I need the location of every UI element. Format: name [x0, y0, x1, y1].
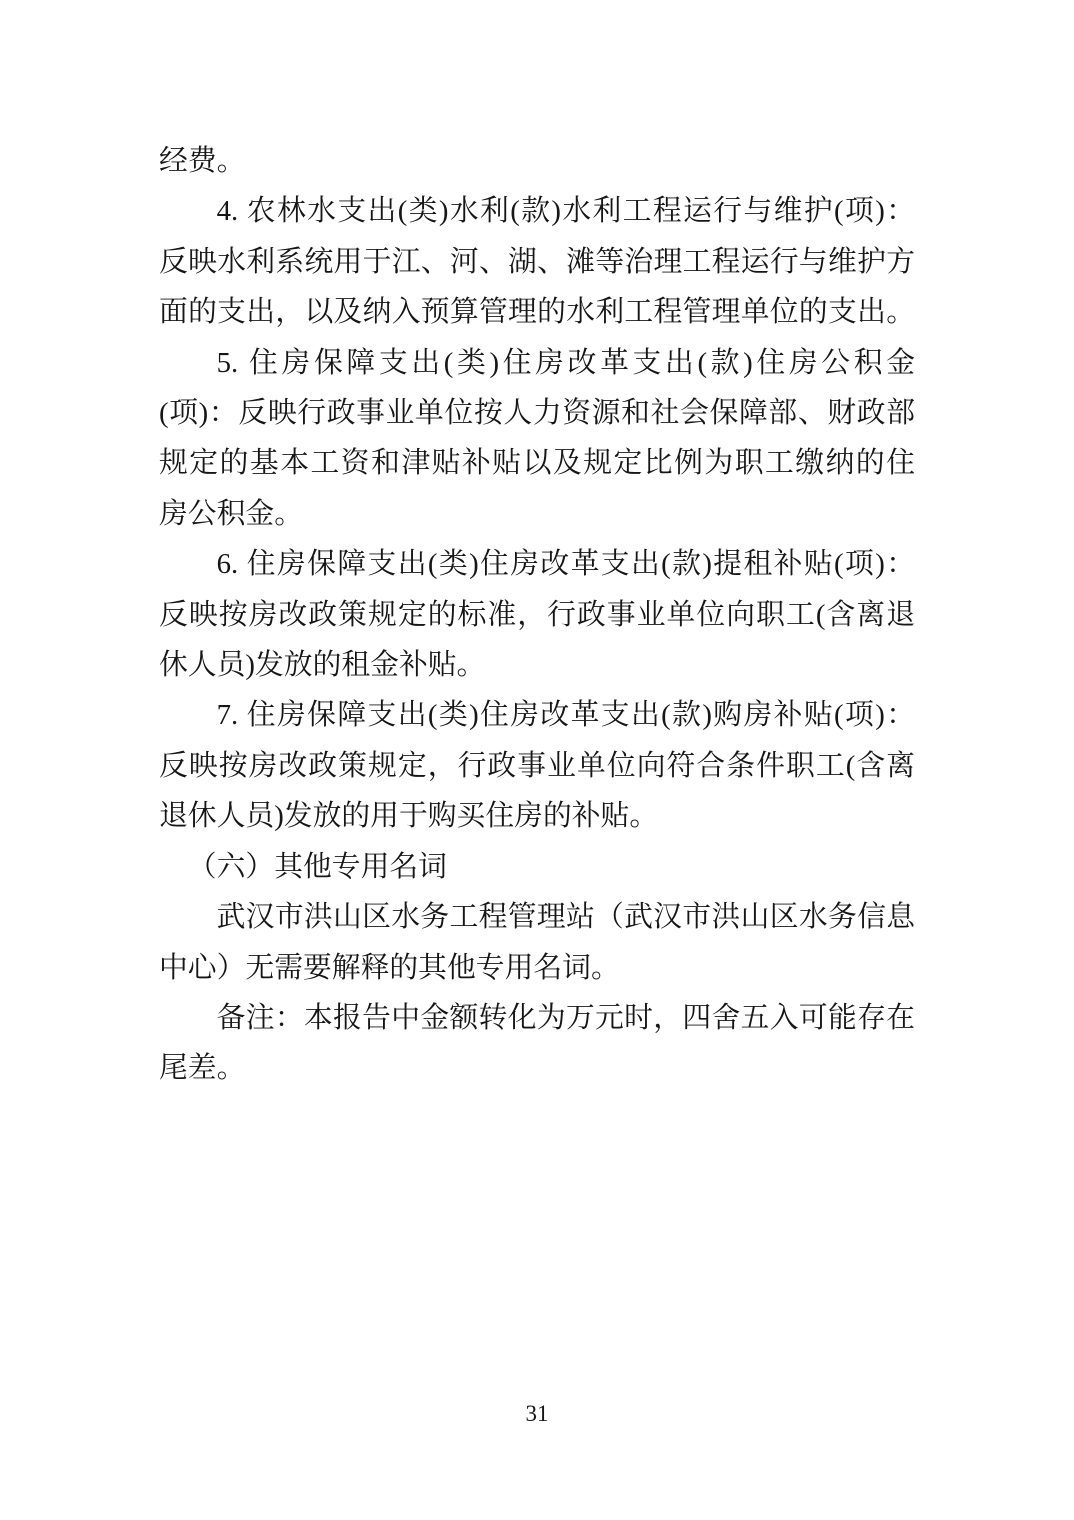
text-line: （六）其他专用名词: [159, 842, 915, 892]
text-line: 6. 住房保障支出(类)住房改革支出(款)提租补贴(项)：: [159, 539, 915, 589]
paragraph: 7. 住房保障支出(类)住房改革支出(款)购房补贴(项)：反映按房改政策规定，行…: [159, 690, 915, 841]
paragraph: 备注：本报告中金额转化为万元时，四舍五入可能存在尾差。: [159, 993, 915, 1094]
paragraph: 5. 住房保障支出(类)住房改革支出(款)住房公积金(项)：反映行政事业单位按人…: [159, 338, 915, 540]
text-line: 7. 住房保障支出(类)住房改革支出(款)购房补贴(项)：: [159, 690, 915, 740]
page-number: 31: [0, 1400, 1074, 1428]
text-line: 退休人员)发放的用于购买住房的补贴。: [159, 791, 915, 841]
text-line: 武汉市洪山区水务工程管理站（武汉市洪山区水务信息: [159, 892, 915, 942]
text-line: 反映水利系统用于江、河、湖、滩等治理工程运行与维护方: [159, 237, 915, 287]
paragraph: （六）其他专用名词: [159, 842, 915, 892]
text-line: 反映按房改政策规定，行政事业单位向符合条件职工(含离: [159, 741, 915, 791]
text-line: 休人员)发放的租金补贴。: [159, 640, 915, 690]
text-line: 经费。: [159, 136, 915, 186]
text-line: 规定的基本工资和津贴补贴以及规定比例为职工缴纳的住: [159, 438, 915, 488]
text-line: 反映按房改政策规定的标准，行政事业单位向职工(含离退: [159, 590, 915, 640]
document-page: 经费。4. 农林水支出(类)水利(款)水利工程运行与维护(项)：反映水利系统用于…: [0, 0, 1074, 1520]
text-line: (项)：反映行政事业单位按人力资源和社会保障部、财政部: [159, 388, 915, 438]
text-line: 备注：本报告中金额转化为万元时，四舍五入可能存在: [159, 993, 915, 1043]
text-line: 房公积金。: [159, 489, 915, 539]
paragraph: 6. 住房保障支出(类)住房改革支出(款)提租补贴(项)：反映按房改政策规定的标…: [159, 539, 915, 690]
paragraph: 武汉市洪山区水务工程管理站（武汉市洪山区水务信息中心）无需要解释的其他专用名词。: [159, 892, 915, 993]
text-line: 中心）无需要解释的其他专用名词。: [159, 943, 915, 993]
document-body: 经费。4. 农林水支出(类)水利(款)水利工程运行与维护(项)：反映水利系统用于…: [159, 136, 915, 1094]
text-line: 5. 住房保障支出(类)住房改革支出(款)住房公积金: [159, 338, 915, 388]
text-line: 面的支出，以及纳入预算管理的水利工程管理单位的支出。: [159, 287, 915, 337]
text-line: 尾差。: [159, 1043, 915, 1093]
text-line: 4. 农林水支出(类)水利(款)水利工程运行与维护(项)：: [159, 186, 915, 236]
paragraph: 经费。: [159, 136, 915, 186]
paragraph: 4. 农林水支出(类)水利(款)水利工程运行与维护(项)：反映水利系统用于江、河…: [159, 186, 915, 337]
